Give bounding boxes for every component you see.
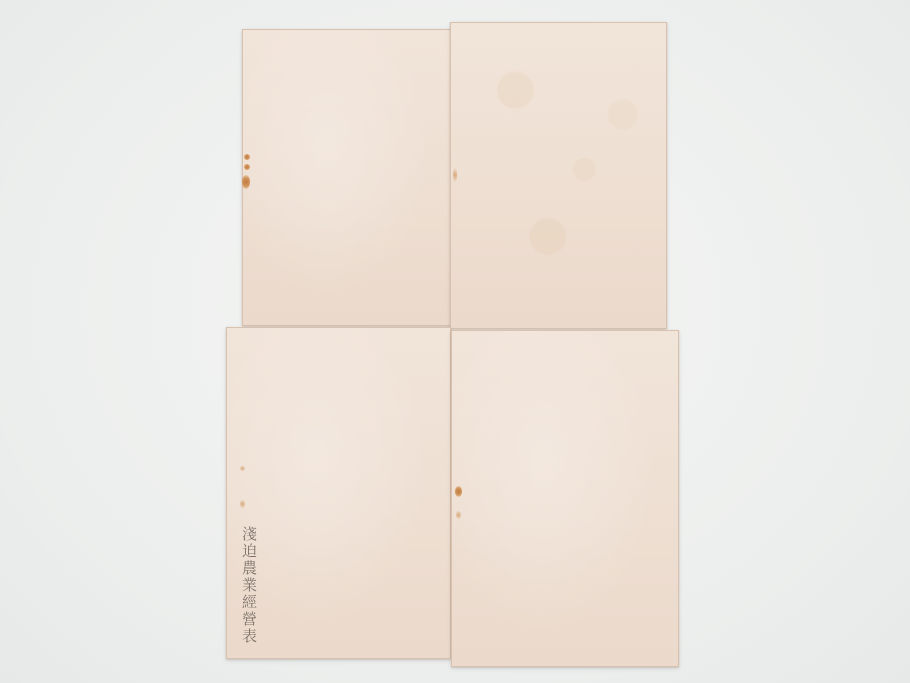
photo-scene: 淺迫農業經營表 bbox=[0, 0, 910, 683]
book-cover-bottom-left: 淺迫農業經營表 bbox=[226, 327, 451, 659]
rust-stain bbox=[244, 164, 250, 170]
rust-stain bbox=[240, 466, 245, 471]
handwritten-title: 淺迫農業經營表 bbox=[241, 526, 257, 645]
rust-stain bbox=[244, 154, 250, 160]
rust-stain bbox=[453, 168, 457, 182]
book-cover-bottom-right bbox=[451, 330, 679, 667]
rust-stain bbox=[456, 511, 461, 519]
book-cover-top-left bbox=[242, 29, 451, 326]
rust-stain bbox=[455, 486, 462, 497]
rust-stain bbox=[240, 500, 245, 508]
rust-stain bbox=[242, 175, 250, 189]
book-cover-top-right bbox=[450, 22, 667, 329]
